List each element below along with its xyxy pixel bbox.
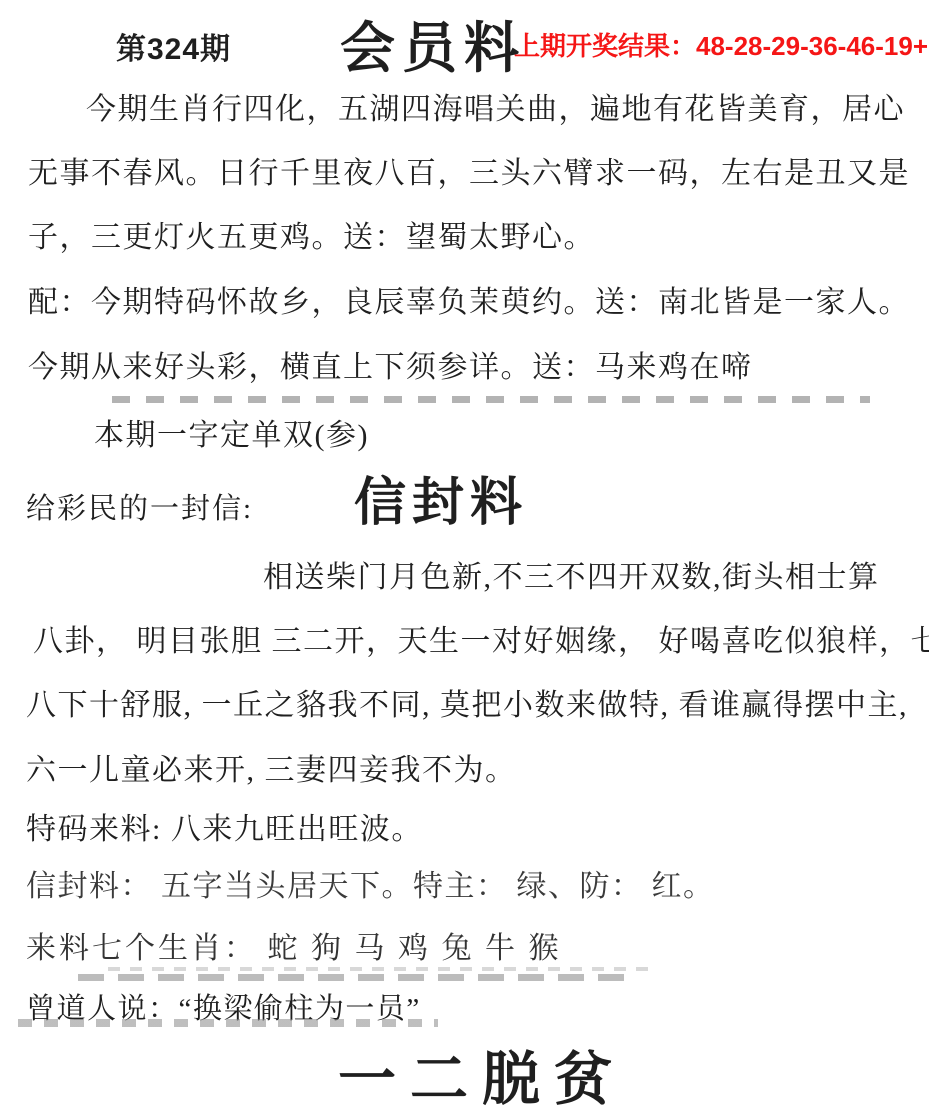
letter-line: 相送柴门月色新,不三不四开双数,街头相士算 — [263, 552, 880, 596]
odd-even-hint-line: 本期一字定单双(参) — [94, 410, 369, 454]
last-draw-result: 上期开奖结果：48-28-29-36-46-19+09 — [514, 26, 929, 63]
poem-line: 无事不春风。日行千里夜八百，三头六臂求一码，左右是丑又是 — [28, 148, 910, 192]
erased-text-line — [78, 974, 638, 981]
poem-line: 今期从来好头彩，横直上下须参详。送：马来鸡在啼 — [28, 342, 753, 386]
poem-line: 今期生肖行四化，五湖四海唱关曲，遍地有花皆美育，居心 — [86, 84, 905, 128]
last-draw-result-numbers: 48-28-29-36-46-19+09 — [696, 31, 929, 61]
poem-line: 子，三更灯火五更鸡。送：望蜀太野心。 — [28, 212, 595, 256]
letter-line: 六一儿童必来开, 三妻四妾我不为。 — [26, 745, 517, 789]
tip-sheet-page: 第324期 会员料 上期开奖结果：48-28-29-36-46-19+09 今期… — [0, 0, 929, 1108]
issue-number: 第324期 — [116, 24, 231, 68]
page-title: 会员料 — [340, 4, 526, 83]
footer-slogan: 一二脱贫 — [338, 1032, 626, 1108]
special-code-tip: 特码来料: 八来九旺出旺波。 — [26, 804, 423, 848]
erased-text-line — [112, 396, 870, 403]
zodiac-tip: 来料七个生肖： 蛇 狗 马 鸡 兔 牛 猴 — [26, 923, 562, 967]
last-draw-result-label: 上期开奖结果： — [514, 31, 696, 61]
envelope-tip: 信封料： 五字当头居天下。特主： 绿、防： 红。 — [26, 861, 715, 905]
letter-line: 八卦， 明目张胆 三二开，天生一对好姻缘， 好喝喜吃似狼样，七上 — [33, 616, 929, 660]
letter-intro-label: 给彩民的一封信: — [26, 486, 253, 527]
poem-line: 配：今期特码怀故乡，良辰辜负茉萸约。送：南北皆是一家人。 — [28, 277, 910, 321]
erased-text-line — [18, 1019, 438, 1027]
envelope-section-title: 信封料 — [354, 460, 528, 535]
letter-line: 八下十舒服, 一丘之貉我不同, 莫把小数来做特, 看谁赢得摆中主, — [26, 680, 908, 724]
erased-text-line — [108, 967, 648, 971]
